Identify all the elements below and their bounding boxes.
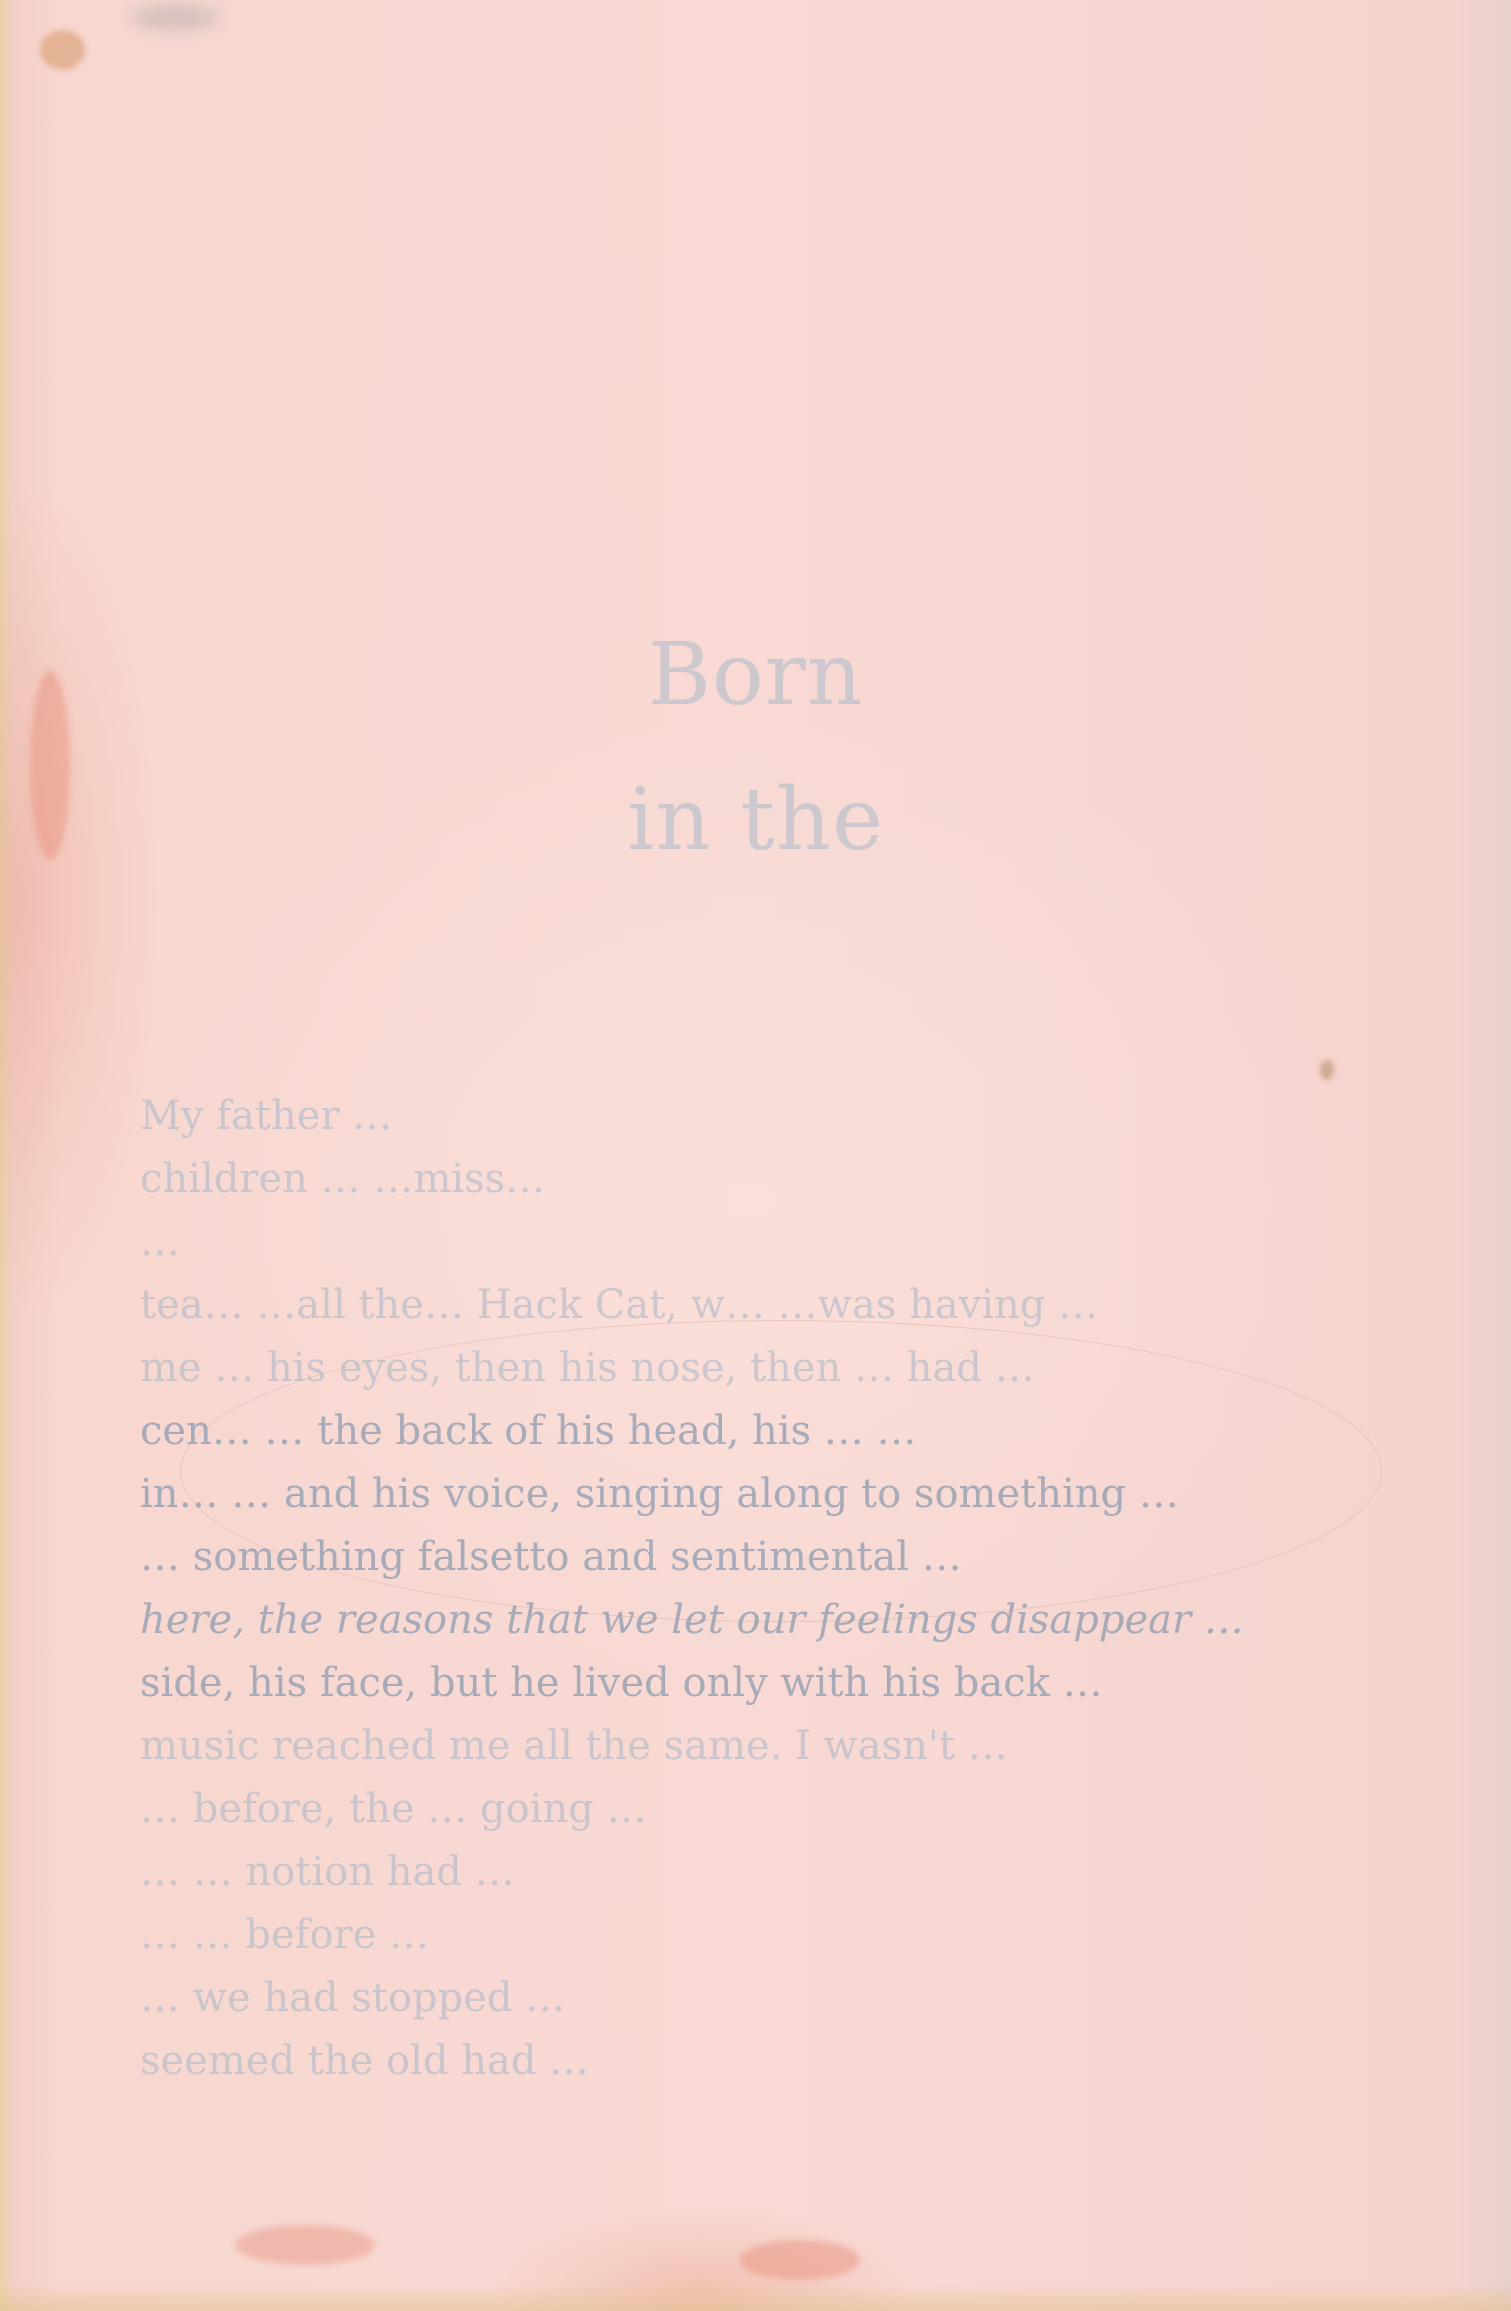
ghost-title-line-2: in the: [0, 770, 1511, 870]
body-line: tea… …all the… Hack Cat, w… …was having …: [140, 1274, 1380, 1337]
body-line: …: [140, 1211, 1380, 1274]
body-line: music reached me all the same. I wasn't …: [140, 1715, 1380, 1778]
corner-stain: [40, 30, 85, 70]
body-line: My father …: [140, 1085, 1380, 1148]
body-line: … … notion had …: [140, 1841, 1380, 1904]
body-line: … something falsetto and sentimental …: [140, 1526, 1380, 1589]
bottom-edge-stain: [0, 2283, 1511, 2311]
body-line: … we had stopped …: [140, 1967, 1380, 2030]
body-line: here, the reasons that we let our feelin…: [140, 1589, 1380, 1652]
body-line: … … before …: [140, 1904, 1380, 1967]
small-stain: [1320, 1060, 1334, 1080]
body-line: cen… … the back of his head, his … …: [140, 1400, 1380, 1463]
body-line: me … his eyes, then his nose, then … had…: [140, 1337, 1380, 1400]
body-line: in… … and his voice, singing along to so…: [140, 1463, 1380, 1526]
bottom-rust-patch: [740, 2240, 860, 2280]
painted-book-page: Born in the My father … children … …miss…: [0, 0, 1511, 2311]
graphite-smudge: [130, 5, 220, 30]
ghost-body-text: My father … children … …miss… … tea… …al…: [140, 1085, 1380, 2093]
body-line: seemed the old had …: [140, 2030, 1380, 2093]
body-line: children … …miss…: [140, 1148, 1380, 1211]
body-line: side, his face, but he lived only with h…: [140, 1652, 1380, 1715]
body-line: … before, the … going …: [140, 1778, 1380, 1841]
ghost-title-line-1: Born: [0, 625, 1511, 725]
bottom-rust-patch: [235, 2225, 375, 2265]
